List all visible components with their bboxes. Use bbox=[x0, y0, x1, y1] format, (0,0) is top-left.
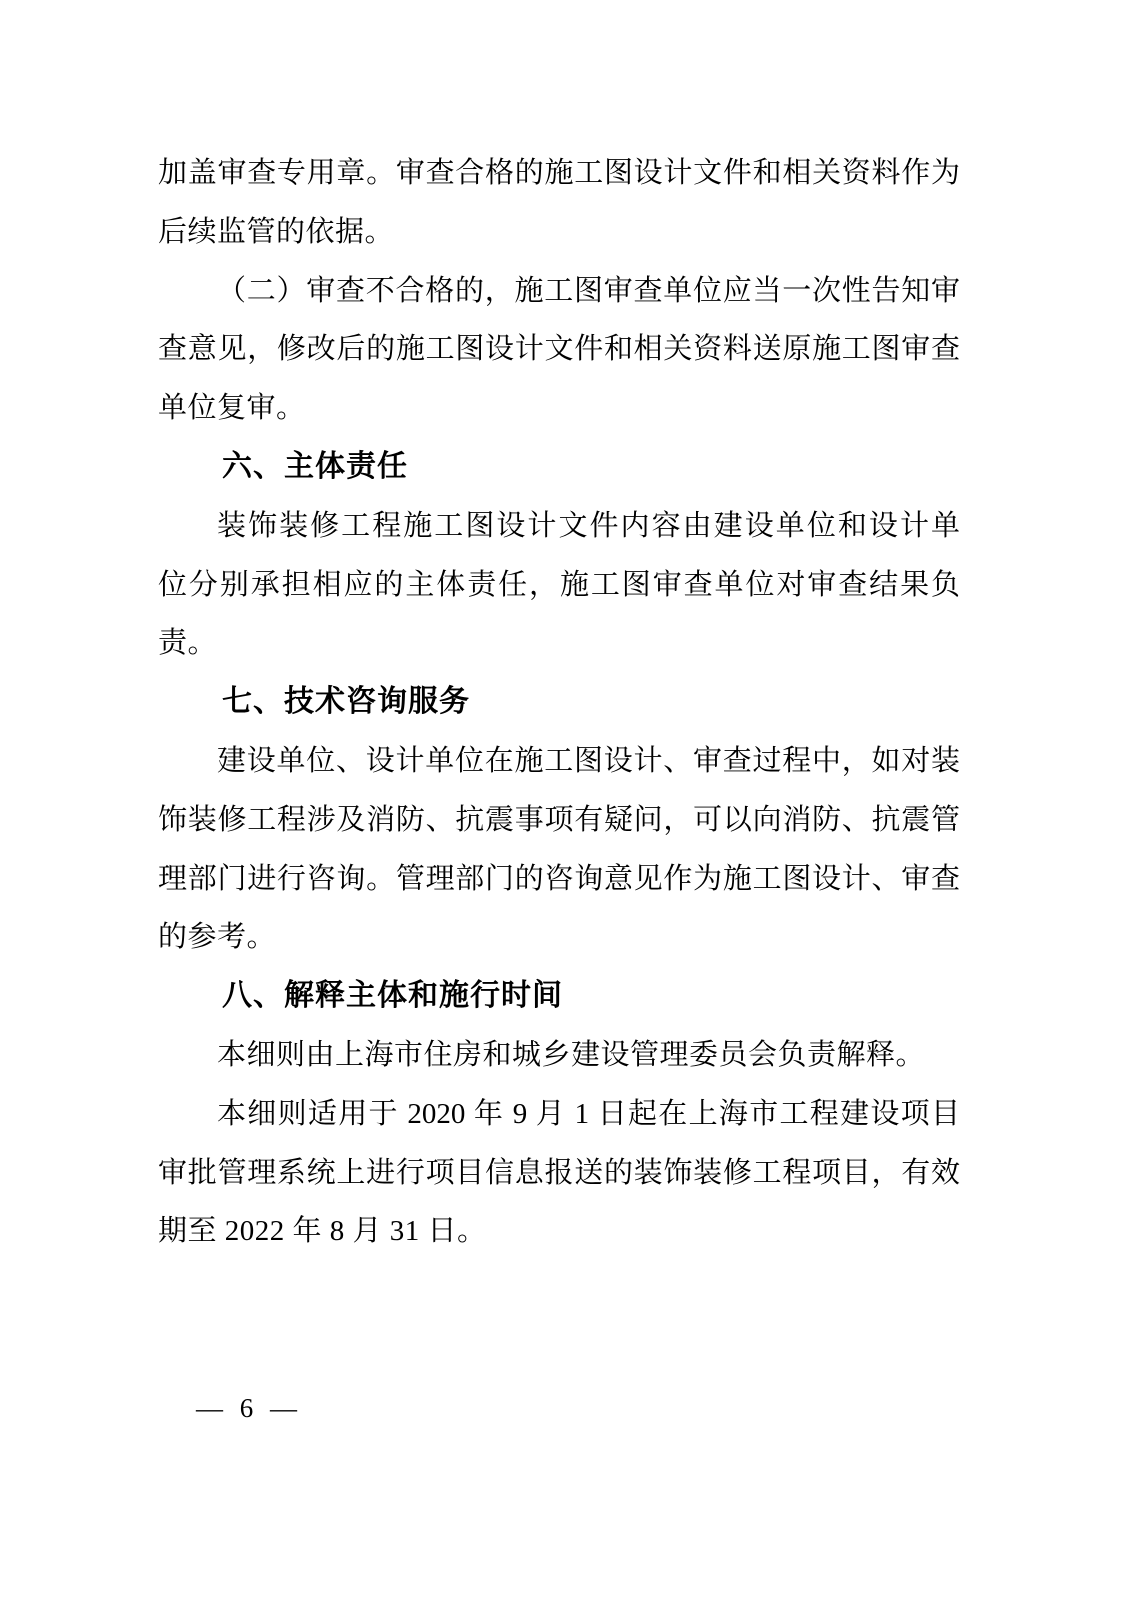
paragraph-line: 后续监管的依据。 bbox=[158, 203, 960, 262]
paragraph-line: 加盖审查专用章。审查合格的施工图设计文件和相关资料作为 bbox=[158, 144, 960, 203]
paragraph-line: 的参考。 bbox=[158, 908, 960, 967]
paragraph-line: （二）审查不合格的，施工图审查单位应当一次性告知审 bbox=[158, 262, 960, 321]
paragraph-line: 期至 2022 年 8 月 31 日。 bbox=[158, 1202, 960, 1261]
paragraph-line: 装饰装修工程施工图设计文件内容由建设单位和设计单 bbox=[158, 497, 960, 556]
paragraph-line: 查意见，修改后的施工图设计文件和相关资料送原施工图审查 bbox=[158, 320, 960, 379]
section-heading: 六、主体责任 bbox=[158, 438, 960, 497]
paragraph-line: 饰装修工程涉及消防、抗震事项有疑问，可以向消防、抗震管 bbox=[158, 791, 960, 850]
paragraph-line: 本细则适用于 2020 年 9 月 1 日起在上海市工程建设项目 bbox=[158, 1085, 960, 1144]
paragraph-line: 责。 bbox=[158, 614, 960, 673]
section-heading: 七、技术咨询服务 bbox=[158, 673, 960, 732]
paragraph-line: 位分别承担相应的主体责任，施工图审查单位对审查结果负 bbox=[158, 556, 960, 615]
section-heading: 八、解释主体和施行时间 bbox=[158, 967, 960, 1026]
page-number: — 6 — bbox=[196, 1390, 302, 1426]
paragraph-line: 理部门进行咨询。管理部门的咨询意见作为施工图设计、审查 bbox=[158, 850, 960, 909]
document-body: 加盖审查专用章。审查合格的施工图设计文件和相关资料作为后续监管的依据。（二）审查… bbox=[158, 144, 960, 1261]
paragraph-line: 本细则由上海市住房和城乡建设管理委员会负责解释。 bbox=[158, 1026, 960, 1085]
document-page: 加盖审查专用章。审查合格的施工图设计文件和相关资料作为后续监管的依据。（二）审查… bbox=[0, 0, 1131, 1600]
paragraph-line: 审批管理系统上进行项目信息报送的装饰装修工程项目，有效 bbox=[158, 1144, 960, 1203]
paragraph-line: 建设单位、设计单位在施工图设计、审查过程中，如对装 bbox=[158, 732, 960, 791]
paragraph-line: 单位复审。 bbox=[158, 379, 960, 438]
